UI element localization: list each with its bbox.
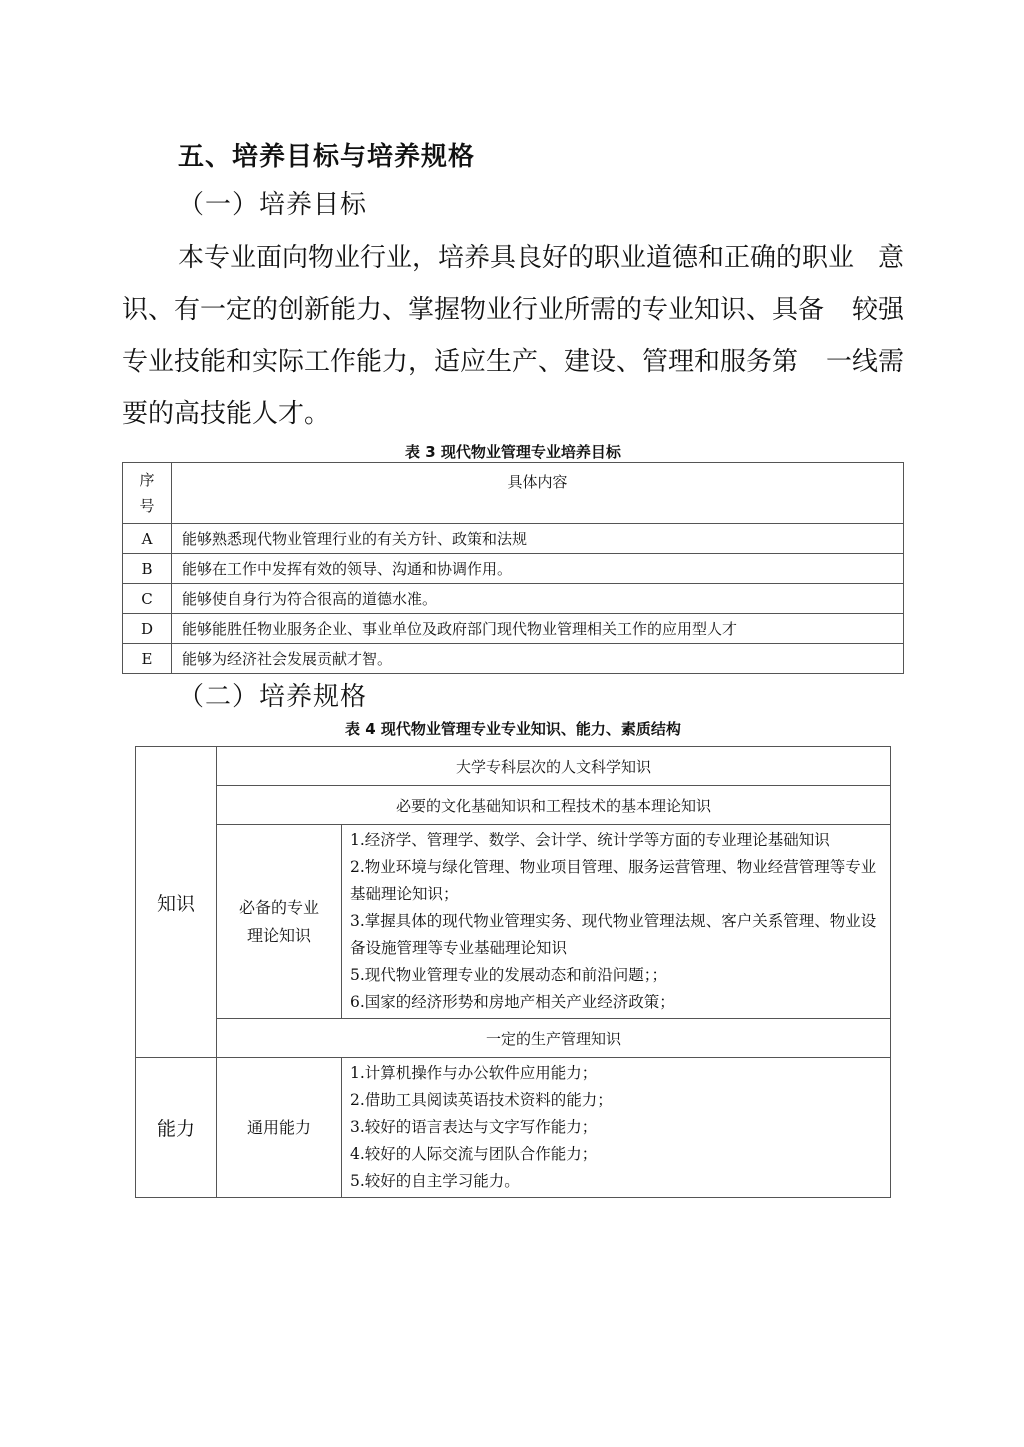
table-row: E 能够为经济社会发展贡献才智。 bbox=[123, 644, 904, 674]
list-item: 6.国家的经济形势和房地产相关产业经济政策； bbox=[350, 989, 882, 1016]
list-item: 4.较好的人际交流与团队合作能力； bbox=[350, 1141, 882, 1168]
row-seq: D bbox=[123, 614, 172, 644]
table-row: 知识 大学专科层次的人文科学知识 bbox=[136, 747, 891, 786]
header-seq-line: 号 bbox=[123, 493, 171, 519]
table-row: A 能够熟悉现代物业管理行业的有关方针、政策和法规 bbox=[123, 524, 904, 554]
label-line: 必备的专业 bbox=[217, 894, 341, 922]
paragraph-line: 识、有一定的创新能力、掌握物业行业所需的专业知识、具备 较强 bbox=[122, 284, 904, 336]
knowledge-row: 一定的生产管理知识 bbox=[217, 1019, 891, 1058]
list-item: 2.借助工具阅读英语技术资料的能力； bbox=[350, 1087, 882, 1114]
row-content: 能够能胜任物业服务企业、事业单位及政府部门现代物业管理相关工作的应用型人才 bbox=[172, 614, 904, 644]
table3-goals: 序 号 具体内容 A 能够熟悉现代物业管理行业的有关方针、政策和法规 B 能够在… bbox=[122, 462, 904, 674]
paragraph-line: 本专业面向物业行业，培养具良好的职业道德和正确的职业 意 bbox=[122, 232, 904, 284]
header-content: 具体内容 bbox=[172, 463, 904, 524]
professional-knowledge-label: 必备的专业 理论知识 bbox=[217, 825, 342, 1019]
list-item: 3.掌握具体的现代物业管理实务、现代物业管理法规、客户关系管理、物业设备设施管理… bbox=[350, 908, 882, 962]
header-seq: 序 号 bbox=[123, 463, 172, 524]
paragraph-text: 本专业面向物业行业，培养具良好的职业道德和正确的职业 bbox=[178, 232, 854, 284]
section-title: 五、培养目标与培养规格 bbox=[178, 136, 475, 173]
table-row: 一定的生产管理知识 bbox=[136, 1019, 891, 1058]
row-seq: E bbox=[123, 644, 172, 674]
paragraph-line: 要的高技能人才。 bbox=[122, 388, 904, 440]
subsection-title-specs: （二）培养规格 bbox=[178, 676, 367, 713]
list-item: 3.较好的语言表达与文字写作能力； bbox=[350, 1114, 882, 1141]
list-item: 1.经济学、管理学、数学、会计学、统计学等方面的专业理论基础知识 bbox=[350, 827, 882, 854]
row-content: 能够为经济社会发展贡献才智。 bbox=[172, 644, 904, 674]
row-seq: B bbox=[123, 554, 172, 584]
table3-caption: 表 3 现代物业管理专业培养目标 bbox=[122, 441, 904, 462]
knowledge-label: 知识 bbox=[136, 747, 217, 1058]
knowledge-row: 必要的文化基础知识和工程技术的基本理论知识 bbox=[217, 786, 891, 825]
paragraph-text: 一线需 bbox=[826, 336, 904, 388]
paragraph-line: 专业技能和实际工作能力，适应生产、建设、管理和服务第 一线需 bbox=[122, 336, 904, 388]
paragraph-text: 较强 bbox=[852, 284, 904, 336]
label-line: 理论知识 bbox=[217, 922, 341, 950]
table-header-row: 序 号 具体内容 bbox=[123, 463, 904, 524]
paragraph-text: 意 bbox=[878, 232, 904, 284]
list-item: 1.计算机操作与办公软件应用能力； bbox=[350, 1060, 882, 1087]
row-content: 能够使自身行为符合很高的道德水准。 bbox=[172, 584, 904, 614]
subsection-title-goals: （一）培养目标 bbox=[178, 184, 367, 221]
table4-caption: 表 4 现代物业管理专业专业知识、能力、素质结构 bbox=[135, 718, 891, 739]
paragraph-text: 专业技能和实际工作能力，适应生产、建设、管理和服务第 bbox=[122, 336, 798, 388]
table-row: 必要的文化基础知识和工程技术的基本理论知识 bbox=[136, 786, 891, 825]
paragraph-text: 要的高技能人才。 bbox=[122, 388, 330, 440]
table-row: 能力 通用能力 1.计算机操作与办公软件应用能力； 2.借助工具阅读英语技术资料… bbox=[136, 1058, 891, 1198]
table-row: D 能够能胜任物业服务企业、事业单位及政府部门现代物业管理相关工作的应用型人才 bbox=[123, 614, 904, 644]
professional-knowledge-list: 1.经济学、管理学、数学、会计学、统计学等方面的专业理论基础知识 2.物业环境与… bbox=[342, 825, 891, 1019]
table-row: B 能够在工作中发挥有效的领导、沟通和协调作用。 bbox=[123, 554, 904, 584]
ability-label: 能力 bbox=[136, 1058, 217, 1198]
general-ability-list: 1.计算机操作与办公软件应用能力； 2.借助工具阅读英语技术资料的能力； 3.较… bbox=[342, 1058, 891, 1198]
list-item: 5.现代物业管理专业的发展动态和前沿问题；； bbox=[350, 962, 882, 989]
paragraph-text: 识、有一定的创新能力、掌握物业行业所需的专业知识、具备 bbox=[122, 284, 824, 336]
row-content: 能够熟悉现代物业管理行业的有关方针、政策和法规 bbox=[172, 524, 904, 554]
header-seq-line: 序 bbox=[123, 467, 171, 493]
row-content: 能够在工作中发挥有效的领导、沟通和协调作用。 bbox=[172, 554, 904, 584]
list-item: 5.较好的自主学习能力。 bbox=[350, 1168, 882, 1195]
knowledge-row: 大学专科层次的人文科学知识 bbox=[217, 747, 891, 786]
general-ability-label: 通用能力 bbox=[217, 1058, 342, 1198]
row-seq: C bbox=[123, 584, 172, 614]
goals-paragraph: 本专业面向物业行业，培养具良好的职业道德和正确的职业 意 识、有一定的创新能力、… bbox=[122, 232, 904, 440]
list-item: 2.物业环境与绿化管理、物业项目管理、服务运营管理、物业经营管理等专业基础理论知… bbox=[350, 854, 882, 908]
table-row: C 能够使自身行为符合很高的道德水准。 bbox=[123, 584, 904, 614]
row-seq: A bbox=[123, 524, 172, 554]
table4-structure: 知识 大学专科层次的人文科学知识 必要的文化基础知识和工程技术的基本理论知识 必… bbox=[135, 746, 891, 1198]
table-row: 必备的专业 理论知识 1.经济学、管理学、数学、会计学、统计学等方面的专业理论基… bbox=[136, 825, 891, 1019]
